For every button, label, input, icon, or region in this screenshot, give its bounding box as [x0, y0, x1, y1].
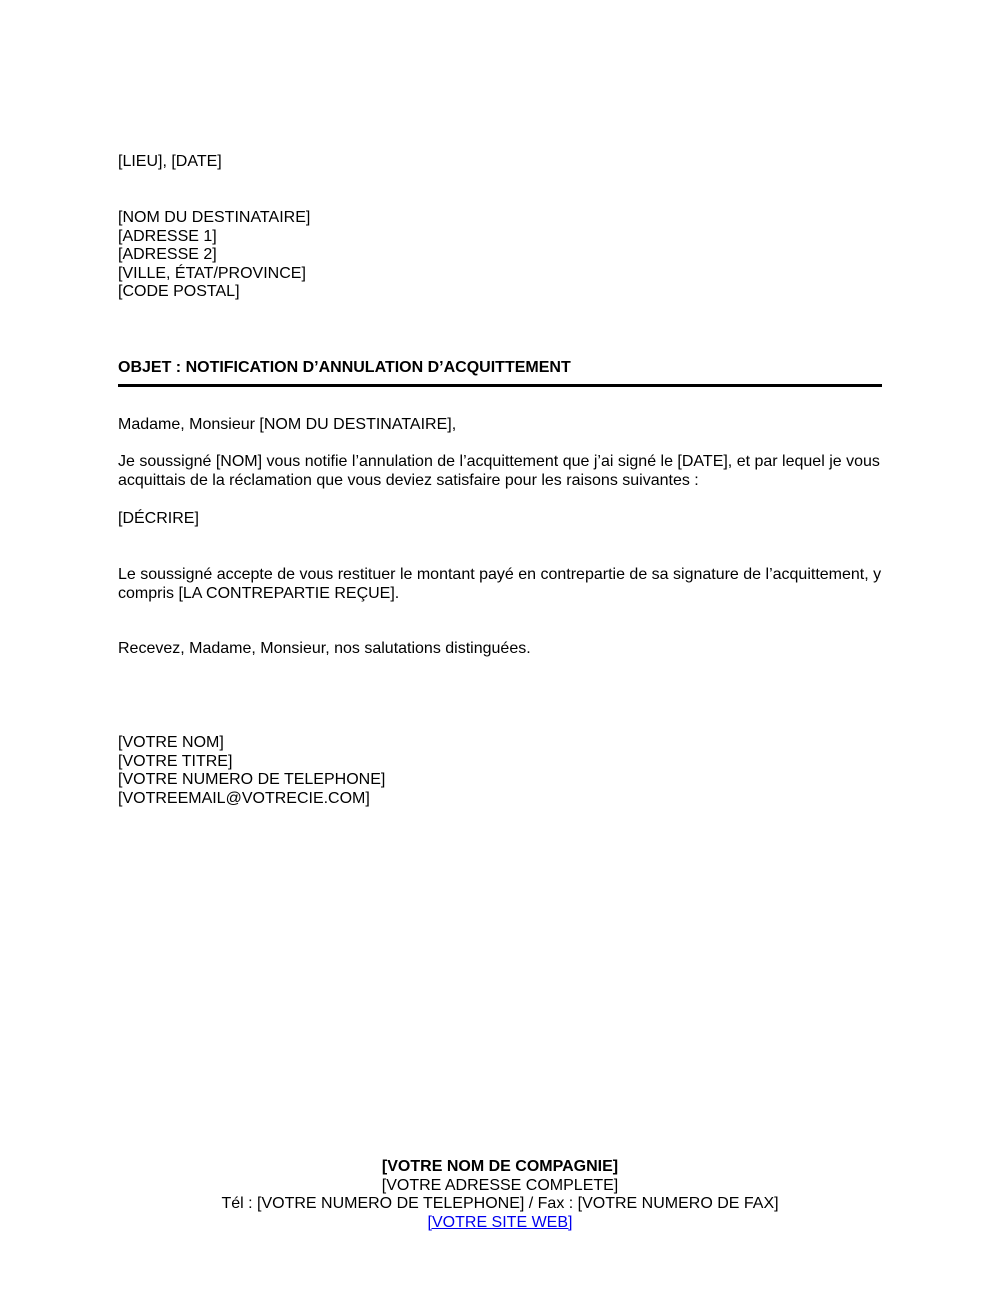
subject-line: OBJET : NOTIFICATION D’ANNULATION D’ACQU…: [118, 359, 571, 378]
recipient-city-state: [VILLE, ÉTAT/PROVINCE]: [118, 265, 310, 284]
recipient-postal-code: [CODE POSTAL]: [118, 283, 310, 302]
signature-email: [VOTREEMAIL@VOTRECIE.COM]: [118, 790, 385, 809]
footer-address: [VOTRE ADRESSE COMPLETE]: [0, 1177, 1000, 1196]
signature-block: [VOTRE NOM] [VOTRE TITRE] [VOTRE NUMERO …: [118, 734, 385, 808]
closing-line: Recevez, Madame, Monsieur, nos salutatio…: [118, 640, 531, 659]
subject-divider: [118, 384, 882, 387]
recipient-address1: [ADRESSE 1]: [118, 228, 310, 247]
recipient-name: [NOM DU DESTINATAIRE]: [118, 209, 310, 228]
footer-company: [VOTRE NOM DE COMPAGNIE]: [0, 1158, 1000, 1177]
signature-phone: [VOTRE NUMERO DE TELEPHONE]: [118, 771, 385, 790]
recipient-address: [NOM DU DESTINATAIRE] [ADRESSE 1] [ADRES…: [118, 209, 310, 302]
place-date: [LIEU], [DATE]: [118, 153, 222, 172]
signature-title: [VOTRE TITRE]: [118, 753, 385, 772]
paragraph-restitution: Le soussigné accepte de vous restituer l…: [118, 566, 888, 603]
footer-website-link[interactable]: [VOTRE SITE WEB]: [428, 1214, 573, 1231]
salutation: Madame, Monsieur [NOM DU DESTINATAIRE],: [118, 416, 456, 435]
footer-contact: Tél : [VOTRE NUMERO DE TELEPHONE] / Fax …: [0, 1195, 1000, 1214]
letterhead-footer: [VOTRE NOM DE COMPAGNIE] [VOTRE ADRESSE …: [0, 1158, 1000, 1232]
signature-name: [VOTRE NOM]: [118, 734, 385, 753]
paragraph-notification: Je soussigné [NOM] vous notifie l’annula…: [118, 453, 888, 490]
recipient-address2: [ADRESSE 2]: [118, 246, 310, 265]
paragraph-describe: [DÉCRIRE]: [118, 510, 199, 529]
